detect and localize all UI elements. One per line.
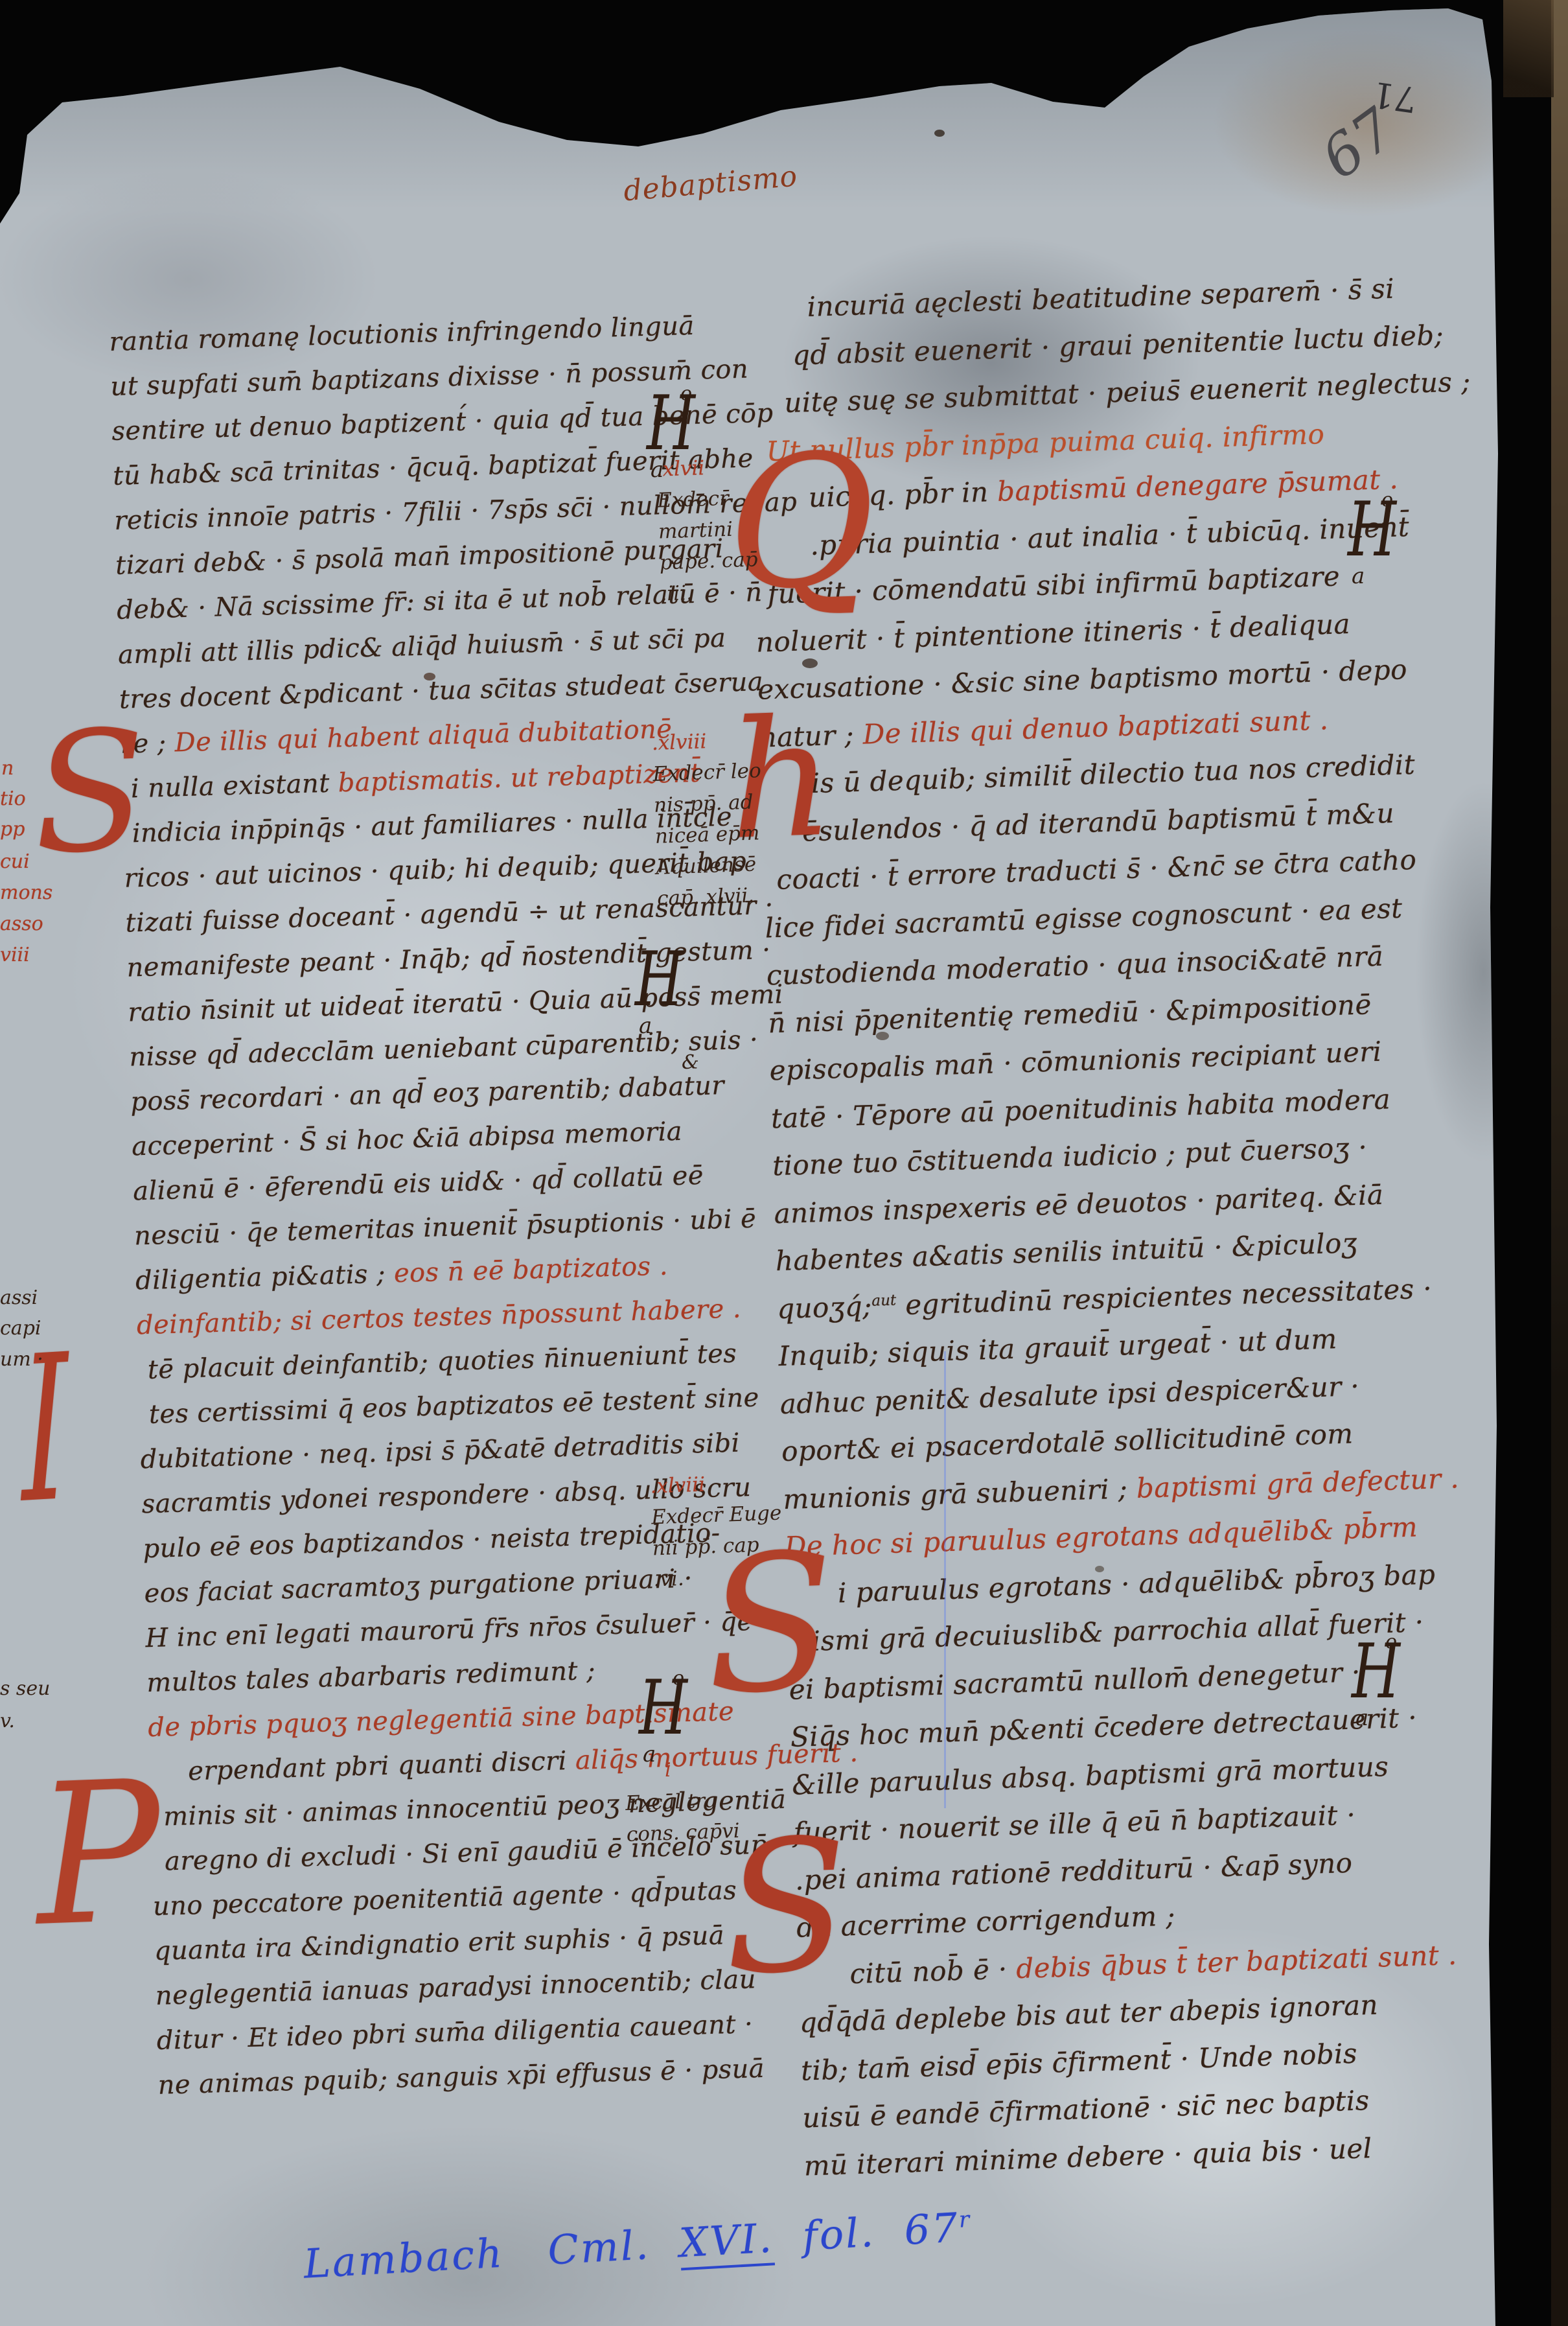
- text-run: citū nob̄ ē ·: [849, 1953, 1017, 1990]
- edge-fragment: &: [682, 1051, 699, 1074]
- edge-fragment: s seu: [0, 1677, 50, 1700]
- margin-note-line: .iii.: [660, 575, 760, 609]
- nota-mark: Hoa: [1348, 500, 1396, 545]
- margin-note-line: Exdecr̄: [657, 482, 757, 516]
- nota-superscript: o: [673, 1671, 684, 1686]
- text-run: i nulla existant: [130, 768, 338, 804]
- nota-superscript: o: [680, 386, 692, 402]
- margin-note-line: .xlviii: [651, 724, 761, 759]
- nota-superscript: o: [1381, 493, 1393, 508]
- nota-subscript: a: [643, 1746, 656, 1763]
- margin-note-line: Exdecr̄ Euge: [651, 1498, 782, 1533]
- ink-stain: [876, 1032, 889, 1040]
- inscription-word: fol.: [801, 2209, 877, 2260]
- nota-mark: Hoa: [1352, 1642, 1400, 1687]
- manuscript-photo: debaptismo 71 67 rantia romanę locutioni…: [0, 0, 1568, 2326]
- edge-fragment: pp: [0, 818, 25, 841]
- margin-note: .xlviiiExdecr̄ leonis pp̄. adniceā ep̄mA…: [651, 724, 766, 914]
- margin-note-line: Excāl tra: [625, 1784, 739, 1819]
- inscription-word: Lambach: [303, 2229, 505, 2288]
- parchment-page: debaptismo 71 67 rantia romanę locutioni…: [0, 0, 1568, 2326]
- margin-note-line: nii pp̄. cap: [652, 1529, 783, 1564]
- edge-fragment: viii: [0, 944, 30, 966]
- leaf-corner: [1503, 0, 1554, 97]
- margin-note-line: .vi.: [653, 1560, 785, 1596]
- text-run: aut: [871, 1292, 897, 1309]
- edge-fragment: n: [1, 757, 14, 780]
- edge-fragment: assi: [0, 1286, 38, 1309]
- nota-glyph: H: [635, 950, 684, 1010]
- edge-fragment: capi: [0, 1317, 41, 1340]
- library-inscription: Lambach Cml. XVI. fol. 67r: [303, 2203, 973, 2288]
- drop-cap-initial: I: [19, 1351, 70, 1510]
- margin-note: .xlviiiExdecr̄ Eugenii pp̄. cap.vi.: [650, 1467, 785, 1596]
- ink-stain: [934, 130, 945, 137]
- ink-stain: [1026, 54, 1032, 60]
- margin-note-line: cons. cap̄vi: [626, 1815, 740, 1850]
- edge-fragment: um ·: [0, 1348, 43, 1371]
- drop-cap-initial: S: [722, 1835, 851, 1981]
- text-run: rantia romanę locutionis infringendo lin…: [109, 311, 695, 357]
- inscription-word: Cml.: [547, 2221, 652, 2274]
- margin-note-line: pape. cap̄: [659, 544, 759, 578]
- edge-fragment: tio: [0, 787, 26, 810]
- margin-note-line: Aquilensē: [656, 848, 765, 883]
- nota-mark: Hoai: [639, 1679, 687, 1723]
- ink-stain: [802, 658, 818, 668]
- edge-fragment: asso: [0, 913, 43, 935]
- inscription-folio: 67: [903, 2204, 961, 2254]
- nota-superscript: o: [1385, 1634, 1397, 1650]
- margin-note-line: martini: [658, 513, 757, 547]
- nota-mark: Ha: [635, 950, 684, 995]
- scan-artifact-line: [944, 1351, 946, 1808]
- edge-fragment: v.: [0, 1710, 15, 1732]
- inscription-roman-numeral: XVI.: [678, 2214, 774, 2270]
- nota-subscript: a: [1352, 568, 1365, 585]
- text-run: incuriā aęclesti beatitudine separem̄ · …: [807, 273, 1395, 323]
- running-title: debaptismo: [622, 159, 799, 207]
- edge-fragment: cui: [0, 850, 30, 873]
- nota-subscript: a: [651, 461, 663, 479]
- margin-note-line: nis pp̄. ad: [653, 786, 763, 821]
- nota-red-mark: i: [665, 1763, 671, 1778]
- drop-cap-initial: S: [31, 727, 149, 860]
- edge-fragment: mons: [0, 881, 52, 904]
- book-fore-edge: [1551, 0, 1568, 2326]
- text-run: quoʒq́;: [776, 1290, 872, 1325]
- margin-note: .xlviiExdecr̄martinipape. cap̄.iii.: [656, 450, 759, 609]
- nota-subscript: a: [639, 1018, 652, 1035]
- margin-note-line: niceā ep̄m: [654, 817, 764, 852]
- margin-note-line: Exdecr̄ leo: [652, 755, 762, 790]
- text-run: diligentia pi&atis ;: [135, 1259, 394, 1296]
- ink-stain: [424, 673, 435, 680]
- nota-subscript: a: [1355, 1710, 1368, 1727]
- ink-stain: [1095, 1566, 1104, 1572]
- margin-note: Excāl tracons. cap̄vi: [625, 1784, 740, 1850]
- drop-cap-initial: P: [34, 1776, 163, 1933]
- margin-note-line: .xlviii: [650, 1467, 781, 1502]
- nota-mark: Hoa: [647, 394, 695, 439]
- margin-note-line: cap̄. xlvii.: [656, 879, 766, 914]
- inscription-recto-mark: r: [958, 2207, 972, 2233]
